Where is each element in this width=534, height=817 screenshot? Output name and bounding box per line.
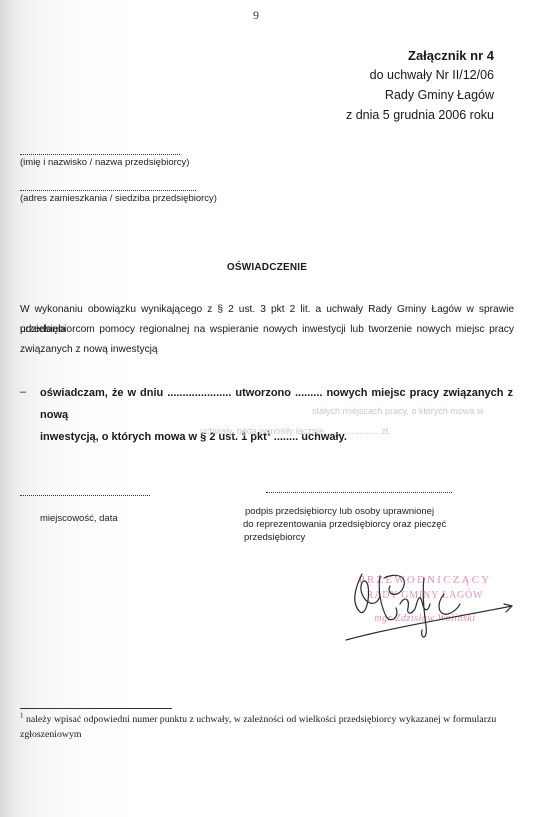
footnote-separator — [20, 708, 172, 709]
statement-dash: – — [20, 386, 26, 398]
address-field-line[interactable] — [20, 190, 196, 191]
footnote: 1 należy wpisać odpowiedni numer punktu … — [20, 712, 500, 742]
document-page: 9 Załącznik nr 4 do uchwały Nr II/12/06 … — [0, 0, 534, 817]
signature-line[interactable] — [266, 492, 452, 493]
name-field-line[interactable] — [20, 154, 180, 155]
signature-caption: podpis przedsiębiorcy lub osoby uprawnio… — [243, 505, 446, 544]
bleed-through-line-1: stałych miejscach pracy, o których mowa … — [312, 406, 483, 416]
place-date-caption: miejscowość, data — [40, 513, 118, 524]
document-title: OŚWIADCZENIE — [0, 262, 534, 273]
annex-council: Rady Gminy Łagów — [385, 88, 494, 102]
place-date-line[interactable] — [20, 495, 150, 496]
intro-line-3: związanych z nową inwestycją — [20, 340, 514, 360]
annex-resolution: do uchwały Nr II/12/06 — [370, 68, 494, 82]
annex-date: z dnia 5 grudnia 2006 roku — [346, 108, 494, 122]
statement-line-1: oświadczam, że w dniu ..................… — [40, 382, 513, 426]
page-number: 9 — [253, 8, 259, 23]
intro-line-2: przedsiębiorcom pomocy regionalnej na ws… — [20, 320, 514, 340]
annex-title: Załącznik nr 4 — [408, 48, 494, 63]
bleed-through-line-2: uchwały, będą wynosiły łącznie .........… — [200, 426, 390, 436]
name-field-caption: (imię i nazwisko / nazwa przedsiębiorcy) — [20, 157, 189, 168]
address-field-caption: (adres zamieszkania / siedziba przedsięb… — [20, 193, 217, 204]
handwritten-signature-icon — [340, 568, 520, 648]
